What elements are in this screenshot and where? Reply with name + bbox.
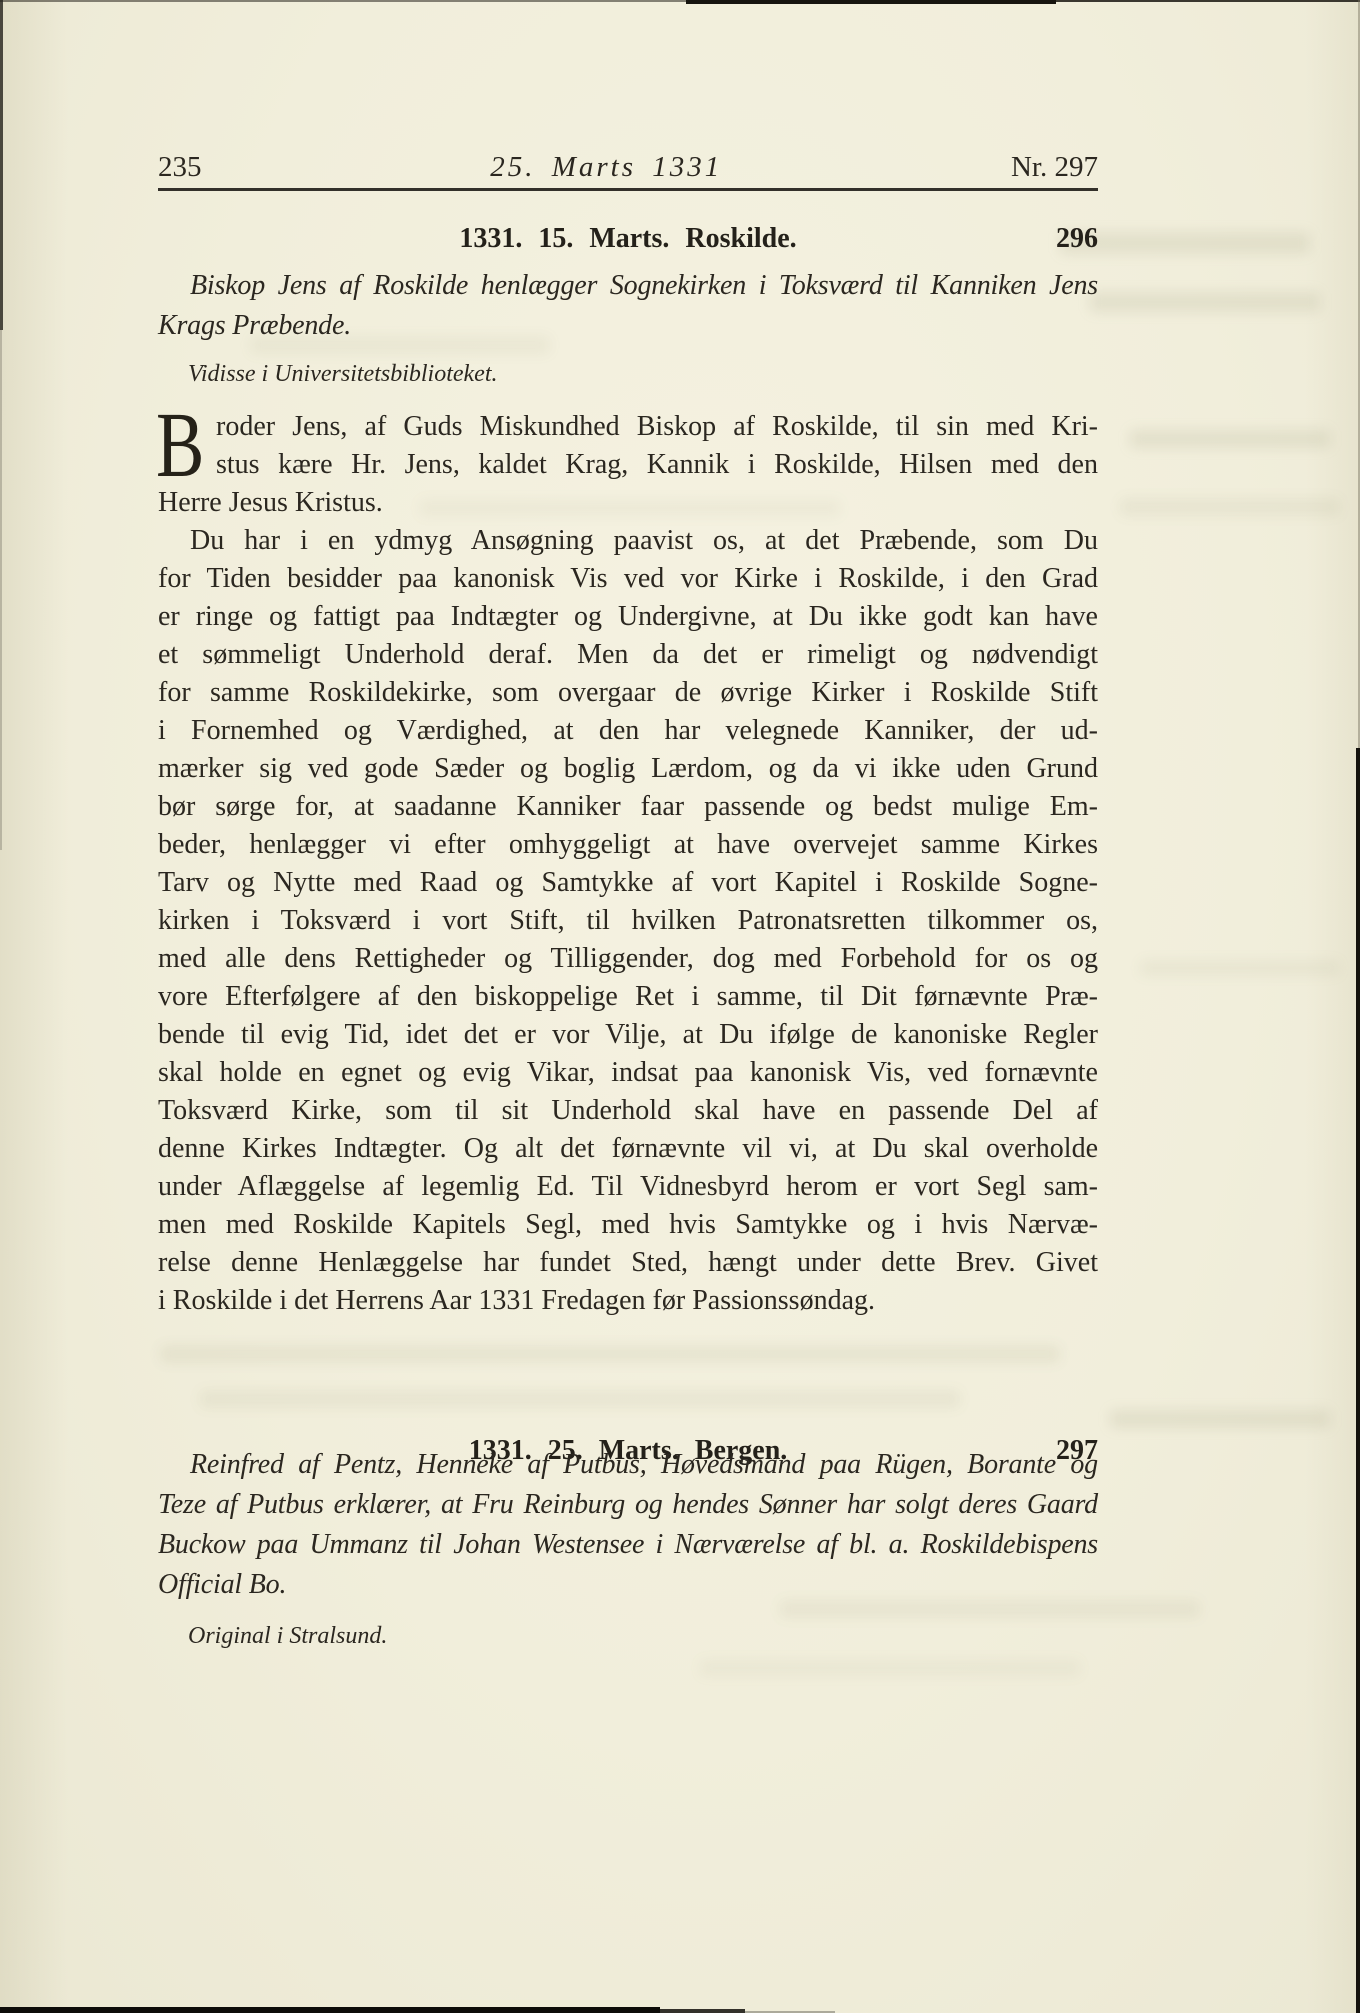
text-line: i Roskilde i det Herrens Aar 1331 Fredag… xyxy=(158,1282,1098,1320)
paragraph: Du har i en ydmyg Ansøgning paavist os, … xyxy=(158,522,1098,1320)
text-line: Du har i en ydmyg Ansøgning paavist os, … xyxy=(158,522,1098,560)
scan-edge-bottom-mid xyxy=(660,2009,745,2013)
paragraph: roder Jens, af Guds Miskundhed Biskop af… xyxy=(158,408,1098,522)
running-title: 25. Marts 1331 xyxy=(490,150,722,184)
text-line: under Aflæggelse af legemlig Ed. Til Vid… xyxy=(158,1168,1098,1206)
ghost-smudge xyxy=(1090,292,1320,312)
scan-edge-top-dark xyxy=(686,0,1056,4)
text-line: skal holde en egnet og evig Vikar, indsa… xyxy=(158,1054,1098,1092)
text-line: Reinfred af Pentz, Henneke af Putbus, Hø… xyxy=(158,1445,1098,1485)
drop-cap: B xyxy=(156,411,195,483)
ghost-smudge xyxy=(200,1390,960,1408)
ghost-smudge xyxy=(700,1660,1080,1676)
scan-edge-left xyxy=(0,0,3,330)
entry-number: 296 xyxy=(1056,222,1098,256)
scan-edge-left-fade xyxy=(0,330,2,850)
ghost-smudge xyxy=(1130,430,1330,448)
text-line: Biskop Jens af Roskilde henlægger Sognek… xyxy=(158,266,1098,306)
ghost-smudge xyxy=(1140,960,1340,976)
text-line: stus kære Hr. Jens, kaldet Krag, Kannik … xyxy=(158,446,1098,484)
text-line: kirken i Toksværd i vort Stift, til hvil… xyxy=(158,902,1098,940)
text-line: men med Roskilde Kapitels Segl, med hvis… xyxy=(158,1206,1098,1244)
text-line: roder Jens, af Guds Miskundhed Biskop af… xyxy=(158,408,1098,446)
entry-heading-text: 1331. 15. Marts. Roskilde. xyxy=(459,223,796,254)
entry-body-296: B roder Jens, af Guds Miskundhed Biskop … xyxy=(158,408,1098,1320)
text-line: Teze af Putbus erklærer, at Fru Reinburg… xyxy=(158,1485,1098,1525)
ghost-smudge xyxy=(160,1345,1060,1363)
text-line: et sømmeligt Underhold deraf. Men da det… xyxy=(158,636,1098,674)
text-line: for Tiden besidder paa kanonisk Vis ved … xyxy=(158,560,1098,598)
text-line: Tarv og Nytte med Raad og Samtykke af vo… xyxy=(158,864,1098,902)
scanned-book-page: 235 25. Marts 1331 Nr. 297 1331. 15. Mar… xyxy=(0,0,1360,2013)
text-line: Toksværd Kirke, som til sit Underhold sk… xyxy=(158,1092,1098,1130)
ghost-smudge xyxy=(1120,498,1340,516)
page-header: 235 25. Marts 1331 Nr. 297 xyxy=(158,150,1098,191)
text-line: Krags Præbende. xyxy=(158,306,1098,346)
text-line: for samme Roskildekirke, som overgaar de… xyxy=(158,674,1098,712)
entry-summary-296: Biskop Jens af Roskilde henlægger Sognek… xyxy=(158,266,1098,346)
text-line: er ringe og fattigt paa Indtægter og Und… xyxy=(158,598,1098,636)
entry-summary-297: Reinfred af Pentz, Henneke af Putbus, Hø… xyxy=(158,1445,1098,1605)
text-line: med alle dens Rettigheder og Tilliggende… xyxy=(158,940,1098,978)
scan-edge-bottom xyxy=(0,2007,660,2013)
text-line: bør sørge for, at saadanne Kanniker faar… xyxy=(158,788,1098,826)
scan-edge-top-right xyxy=(1056,0,1360,2)
entry-heading-296: 1331. 15. Marts. Roskilde. 296 xyxy=(158,222,1098,256)
text-line: beder, henlægger vi efter omhyggeligt at… xyxy=(158,826,1098,864)
text-line: denne Kirkes Indtægter. Og alt det førnæ… xyxy=(158,1130,1098,1168)
text-line: bende til evig Tid, idet det er vor Vilj… xyxy=(158,1016,1098,1054)
scan-edge-right-dark xyxy=(1356,748,1360,2013)
ghost-smudge xyxy=(1110,1410,1330,1428)
source-note-297: Original i Stralsund. xyxy=(158,1622,1128,1650)
text-line: Official Bo. xyxy=(158,1565,1098,1605)
text-line: mærker sig ved gode Sæder og boglig Lærd… xyxy=(158,750,1098,788)
entry-number-ref: Nr. 297 xyxy=(1011,150,1098,184)
scan-edge-top xyxy=(0,0,1360,2)
text-line: Buckow paa Ummanz til Johan Westensee i … xyxy=(158,1525,1098,1565)
text-line: vore Efterfølgere af den biskoppelige Re… xyxy=(158,978,1098,1016)
source-note-296: Vidisse i Universitetsbiblioteket. xyxy=(158,360,1128,388)
text-line: i Fornemhed og Værdighed, at den har vel… xyxy=(158,712,1098,750)
text-line: Herre Jesus Kristus. xyxy=(158,484,1098,522)
text-line: relse denne Henlæggelse har fundet Sted,… xyxy=(158,1244,1098,1282)
page-number: 235 xyxy=(158,150,202,184)
